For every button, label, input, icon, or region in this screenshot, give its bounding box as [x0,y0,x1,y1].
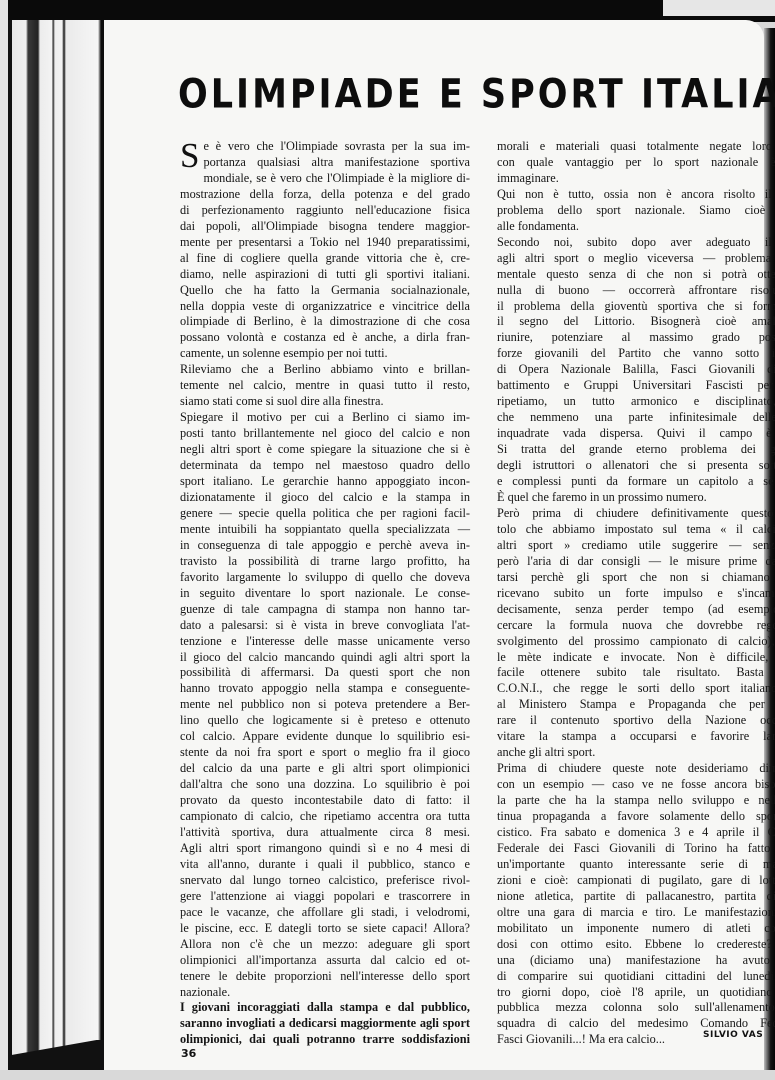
text-line: hanno trovato appoggio nella stampa e co… [180,681,470,697]
text-line: le mète indicate e invocate. Non è diffi… [497,650,775,666]
text-line: cistico. Fra sabato e domenica 3 e 4 apr… [497,825,775,841]
text-line: in conseguenza di tale appoggio e perchè… [180,538,470,554]
text-line: camente, un solenne esempio per noi tutt… [180,346,470,362]
text-line: e è vero che l'Olimpiade sovrasta per la… [180,139,470,155]
text-line: il gioco del calcio mancando quindi agli… [180,650,470,666]
text-line: con quale vantaggio per lo sport naziona… [497,155,775,171]
text-line: vitare la stampa a occuparsi e favorire … [497,729,775,745]
author-signature: SILVIO VAS [703,1030,763,1040]
text-line: tro giorni dopo, cioè l'8 aprile, un quo… [497,985,775,1001]
text-line: agli altri sport o meglio viceversa — pr… [497,251,775,267]
text-line: di perfezionamento raggiunto nell'educaz… [180,203,470,219]
text-line: facile ottenere subito tale risultato. B… [497,665,775,681]
article-column-1: S e è vero che l'Olimpiade sovrasta per … [180,139,470,1048]
text-line: ripetiamo, un tutto armonico e disciplin… [497,394,775,410]
text-line: Secondo noi, subito dopo aver adeguato i… [497,235,775,251]
text-line: C.O.N.I., che regge le sorti dello sport… [497,681,775,697]
text-line: tinua propaganda a favore solamente dell… [497,809,775,825]
text-line: il segno del Littorio. Bisognerà cioè am… [497,314,775,330]
text-line: dai popoli, all'Olimpiade bisogna tender… [180,219,470,235]
text-line: mente intuibili ha soppiantato quella sp… [180,522,470,538]
text-line: che nemmeno una parte infinitesimale del… [497,410,775,426]
text-line: immaginare. [497,171,775,187]
text-line: dosi con ottimo esito. Ebbene lo credere… [497,937,775,953]
text-line: Però prima di chiudere definitivamente q… [497,506,775,522]
text-line: del calcio da una parte e gli altri spor… [180,761,470,777]
text-line: l'attività sportiva, dura attualmente ci… [180,825,470,841]
text-line: dizionatamente il gioco del calcio e la … [180,490,470,506]
text-line: snervato dal lungo torneo calcistico, pr… [180,873,470,889]
text-line: riunire, potenziare al massimo grado pos… [497,330,775,346]
text-line: olimpionici, dai quali potranno trarre s… [180,1032,470,1048]
scan-margin-bottom [0,1070,775,1080]
text-line: travisto la possibilità di trarne largo … [180,554,470,570]
text-line: Prima di chiudere queste note desideriam… [497,761,775,777]
text-line: lino quello che logicamente si è preteso… [180,713,470,729]
scanned-magazine-page: OLIMPIADE E SPORT ITALIAN S e è vero che… [0,0,775,1080]
text-line: pubblica mezza colonna solo sull'allenam… [497,1000,775,1016]
text-line: però l'aria di dar consigli — le misure … [497,554,775,570]
text-line: favorito largamente lo sviluppo di quell… [180,570,470,586]
text-line: gere l'attenzione ai viaggi popolari e t… [180,889,470,905]
text-line: altri sport » crediamo utile suggerire —… [497,538,775,554]
text-line: ricevano subito un forte impulso e s'inc… [497,586,775,602]
text-line: cercare la formula nuova che dovrebbe re… [497,618,775,634]
text-line: Allora non c'è che un mezzo: adeguare gl… [180,937,470,953]
text-line: negli altri sport è come spiegare la sit… [180,442,470,458]
text-line: le piscine, ecc. E dategli torto se siet… [180,921,470,937]
text-line: È quel che faremo in un prossimo numero. [497,490,775,506]
text-line: siamo stati come si suol dire alla fines… [180,394,470,410]
text-line: determinata da tempo nel maestoso quadro… [180,458,470,474]
text-line: guenze di tale campagna di stampa non ha… [180,602,470,618]
text-line: possano volontà e costanza ed è anche, a… [180,330,470,346]
text-line: pace le vacanze, che affollare gli stadi… [180,905,470,921]
text-line: saranno invogliati a dedicarsi maggiorme… [180,1016,470,1032]
text-line: Rileviamo che a Berlino abbiamo vinto e … [180,362,470,378]
text-line: olimpionici all'importanza assurta dal c… [180,953,470,969]
text-line: Quello che ha fatto la Germania socialna… [180,283,470,299]
text-line: mente per presentarsi a Tokio nel 1940 p… [180,235,470,251]
page-stack-edges [8,20,104,1070]
text-line: Agli altri sport rimangono quindi sì e n… [180,841,470,857]
text-line: tenere le debite proporzioni nell'intere… [180,969,470,985]
article-column-2: morali e materiali quasi totalmente nega… [497,139,775,1048]
text-line: Federale dei Fasci Giovanili di Torino h… [497,841,775,857]
text-line: oltre una gara di marcia e tiro. Le mani… [497,905,775,921]
text-line: Qui non è tutto, ossia non è ancora riso… [497,187,775,203]
text-line: in seguito diventare lo sport nazionale.… [180,586,470,602]
text-line: nella doppia veste di organizzatrice e v… [180,299,470,315]
text-line: di comparire sui quotidiani cittadini de… [497,969,775,985]
text-line: al Ministero Stampa e Propaganda che per… [497,697,775,713]
text-line: inquadrate vada dispersa. Quivi il campo… [497,426,775,442]
text-line: I giovani incoraggiati dalla stampa e da… [180,1000,470,1016]
text-line: il problema della gioventù sportiva che … [497,299,775,315]
page-number: 36 [181,1047,196,1060]
text-line: mobilitato un imponente numero di atleti… [497,921,775,937]
text-line: nulla di buono — occorrerà affrontare ri… [497,283,775,299]
text-line: rare il contenuto sportivo della Nazione… [497,713,775,729]
text-line: col calcio. Appare evidente dunque lo sq… [180,729,470,745]
text-line: problema dello sport nazionale. Siamo ci… [497,203,775,219]
binding-shadow-top [8,0,775,22]
text-line: Si tratta del grande eterno problema dei… [497,442,775,458]
article-title: OLIMPIADE E SPORT ITALIAN [178,72,775,118]
text-line: anche gli altri sport. [497,745,775,761]
text-line: dall'altra che sono una dozzina. Lo squi… [180,777,470,793]
text-line: possibilità di affermarsi. Da questi spo… [180,665,470,681]
text-line: campionato di calcio, che ripetiamo acce… [180,809,470,825]
text-line: di Opera Nazionale Balilla, Fasci Giovan… [497,362,775,378]
text-line: con un esempio — caso ve ne fosse ancora… [497,777,775,793]
text-line: diamo, nelle aspirazioni di tutti gli sp… [180,267,470,283]
text-line: dato a palesarsi: si è vista in breve co… [180,618,470,634]
text-line: vita all'anno, durante i quali il pubbli… [180,857,470,873]
text-line: zioni e cioè: campionati di pugilato, ga… [497,873,775,889]
text-line: tolo che abbiamo impostato sul tema « il… [497,522,775,538]
text-line: tarsi perchè gli sport che non si chiama… [497,570,775,586]
text-line: decisamente, senza perder tempo (ad esem… [497,602,775,618]
text-line: nione atletica, partite di pallacanestro… [497,889,775,905]
text-line: temente nel calcio, mentre in quasi tutt… [180,378,470,394]
scan-margin-top [663,0,775,16]
text-line: sport italiano. Le gerarchie hanno appog… [180,474,470,490]
text-line: Spiegare il motivo per cui a Berlino ci … [180,410,470,426]
text-line: svolgimento del prossimo campionato di c… [497,634,775,650]
text-line: portanza qualsiasi altra manifestazione … [180,155,470,171]
text-line: la parte che ha la stampa nello sviluppo… [497,793,775,809]
text-line: degli istruttori o allenatori che si pre… [497,458,775,474]
text-line: stente da noi fra sport e sport o meglio… [180,745,470,761]
scan-margin [0,0,8,1080]
text-line: e complessi punti da formare un capitolo… [497,474,775,490]
drop-cap: S [180,141,199,171]
text-line: un'importante quanto interessante serie … [497,857,775,873]
text-line: mondiale, se è vero che l'Olimpiade è la… [180,171,470,187]
text-line: una (diciamo una) manifestazione ha avut… [497,953,775,969]
text-line: tenzione e l'interesse delle masse unica… [180,634,470,650]
text-line: olimpiade di Berlino, è la dimostrazione… [180,314,470,330]
text-line: morali e materiali quasi totalmente nega… [497,139,775,155]
text-line: forze giovanili del Partito che vanno so… [497,346,775,362]
text-line: alle fondamenta. [497,219,775,235]
text-line: battimento e Gruppi Universitari Fascist… [497,378,775,394]
text-line: mostrazione della forza, della potenza e… [180,187,470,203]
text-line: nazionale. [180,985,470,1001]
text-line: genere — specie quella politica che per … [180,506,470,522]
text-line: mente nel pubblico non si poteva pretend… [180,697,470,713]
text-line: mentale questo senza di che non si potrà… [497,267,775,283]
text-line: al fine di cogliere quella grande vittor… [180,251,470,267]
text-line: provato da questo incontestabile dato di… [180,793,470,809]
text-line: posti tanto brillantemente nel gioco del… [180,426,470,442]
